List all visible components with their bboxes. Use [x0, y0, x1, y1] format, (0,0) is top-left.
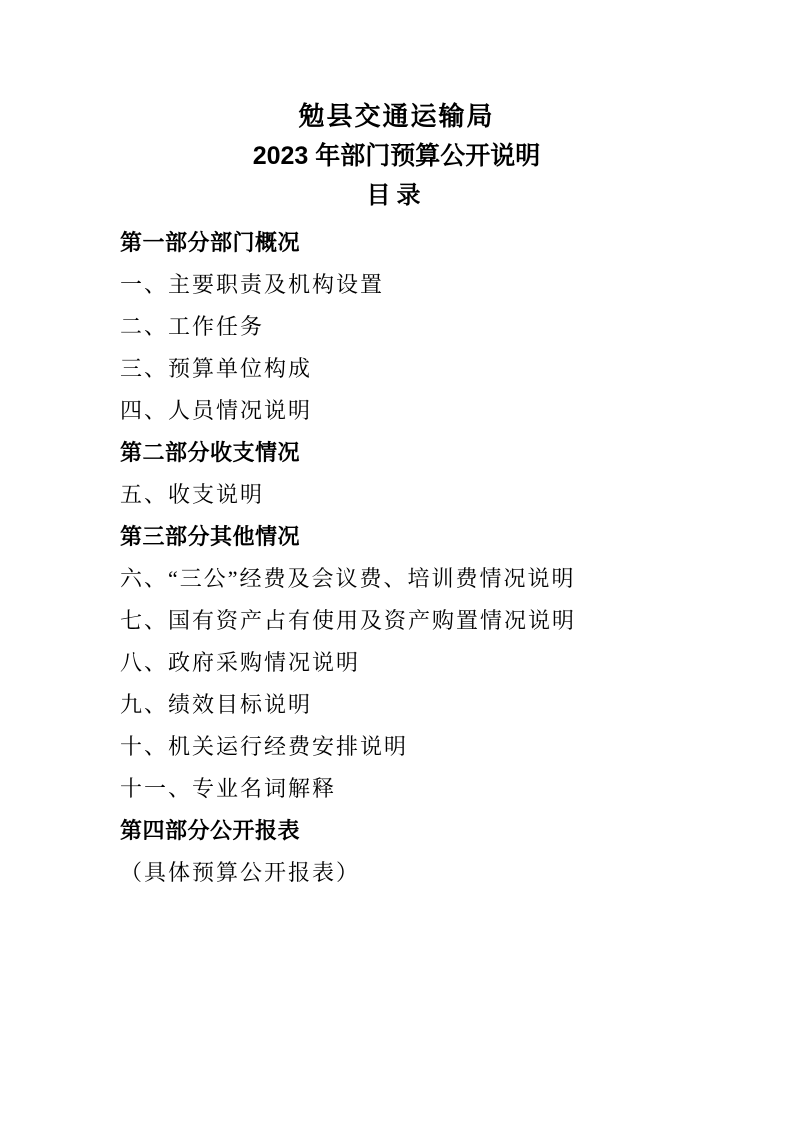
toc-item: 七、国有资产占有使用及资产购置情况说明 — [120, 600, 673, 642]
toc-list: 第一部分部门概况 一、主要职责及机构设置 二、工作任务 三、预算单位构成 四、人… — [120, 222, 673, 894]
toc-item: 六、“三公”经费及会议费、培训费情况说明 — [120, 558, 673, 600]
toc-item: 十、机关运行经费安排说明 — [120, 726, 673, 768]
toc-section-heading: 第四部分公开报表 — [120, 810, 673, 852]
toc-item: 十一、专业名词解释 — [120, 768, 673, 810]
document-title: 勉县交通运输局 — [120, 96, 673, 136]
toc-item: （具体预算公开报表） — [120, 852, 673, 894]
toc-item: 三、预算单位构成 — [120, 348, 673, 390]
toc-item: 八、政府采购情况说明 — [120, 642, 673, 684]
toc-item: 五、收支说明 — [120, 474, 673, 516]
toc-section-heading: 第三部分其他情况 — [120, 516, 673, 558]
toc-item: 一、主要职责及机构设置 — [120, 264, 673, 306]
toc-item: 四、人员情况说明 — [120, 390, 673, 432]
document-subtitle: 2023 年部门预算公开说明 — [120, 136, 673, 176]
toc-item: 二、工作任务 — [120, 306, 673, 348]
toc-section-heading: 第二部分收支情况 — [120, 432, 673, 474]
toc-heading: 目录 — [120, 176, 673, 216]
document-page: 勉县交通运输局 2023 年部门预算公开说明 目录 第一部分部门概况 一、主要职… — [0, 0, 793, 1122]
toc-item: 九、绩效目标说明 — [120, 684, 673, 726]
toc-section-heading: 第一部分部门概况 — [120, 222, 673, 264]
